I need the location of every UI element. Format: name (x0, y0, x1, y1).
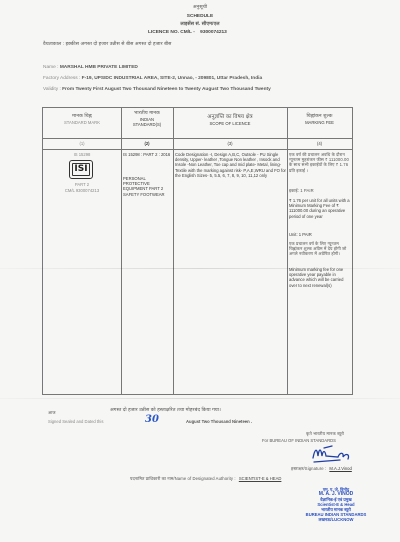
name-label: Name : (43, 65, 58, 70)
mark-part: PART 2 (43, 182, 121, 187)
authority-line: पदनामित प्राधिकारी का नाम/Name of Design… (130, 476, 281, 481)
col-num-4: (4) (287, 141, 352, 146)
validity-value: From Twenty First August Two Thousand Ni… (62, 87, 271, 92)
column-divider (287, 108, 288, 394)
column-divider (173, 108, 174, 394)
signature-icon (310, 444, 358, 466)
header-scope: अनुज्ञप्ति का विषय क्षेत्र SCOPE OF LICE… (173, 114, 287, 126)
official-stamp: एम. ए. जे. विनोद M. A. J. VINOD वैज्ञानि… (286, 487, 386, 522)
for-bis-hindi: कृते भारतीय मानक ब्यूरो (306, 431, 344, 436)
signed-hindi-prefix: आज (48, 410, 56, 415)
signed-month-year: August Two Thousand Nineteen . (186, 419, 252, 424)
licence-label: LICENCE NO. CM/L - (148, 30, 195, 35)
fee-english-note: Minimum marking fee for one operative ye… (289, 267, 351, 288)
fee-hindi: एक वर्ष की प्रचालन अवधि के दौरान न्यूनतम… (289, 152, 351, 173)
title-hindi: अनुसूची (0, 5, 400, 11)
fee-unit: Unit: 1 PAIR (289, 232, 351, 237)
isi-mark-icon: ISI (69, 160, 93, 179)
factory-value: F-19, UPSIDC INDUSTRIAL AREA, SITE-2, Un… (82, 76, 262, 81)
licence-hindi: लाइसेंस सं. सीएम/एल (0, 22, 400, 28)
name-value: MARSHAL HMB PRIVATE LIMITED (60, 65, 138, 70)
validity-label: Validity : (43, 87, 61, 92)
row-divider (43, 149, 352, 150)
title: SCHEDULE (0, 14, 400, 20)
factory-label: Factory Address : (43, 76, 80, 81)
fee-english: ₹ 1.76 per unit for all units with a Min… (289, 198, 351, 219)
validity-line: Validity : From Twenty First August Two … (43, 87, 271, 93)
col-num-2: (2) (121, 141, 173, 146)
standard-code: IS 15298 : PART 2 : 2016 (123, 152, 172, 157)
standard-title: PERSONAL PROTECTIVE EQUIPMENT PART 2 SAF… (123, 176, 173, 197)
validity-hindi: वैधताकाल : इक्कीस अगस्त दो हजार उन्नीस स… (43, 42, 172, 48)
row-divider (43, 138, 352, 139)
fee-hindi-unit: इकाई: 1 PAIR (289, 188, 351, 193)
factory-line: Factory Address : F-19, UPSIDC INDUSTRIA… (43, 76, 262, 82)
header-indian-standards: भारतीय मानक INDIAN STANDARD(S) (121, 111, 173, 127)
licence-number: 9300074213 (200, 30, 227, 35)
signed-label: Signed Sealed and Dated this (48, 419, 103, 424)
column-divider (121, 108, 122, 394)
mark-licence: CM/L 9300074213 (43, 188, 121, 193)
paper-fold (0, 398, 400, 399)
document-page: अनुसूची SCHEDULE लाइसेंस सं. सीएम/एल LIC… (0, 0, 400, 542)
signature-line: हस्ताक्षर/Signature : M.A.J.Vinod (291, 466, 352, 471)
fee-hindi-note: एक प्रचालन वर्ष के लिए न्यूनतम चिह्नांकन… (289, 241, 351, 257)
col-num-1: (1) (43, 141, 121, 146)
signed-day: 30 (145, 414, 159, 425)
licence-line: LICENCE NO. CM/L - 9300074213 (148, 30, 227, 36)
scope-of-licence: Code Designation -I, Design A,B,C, Outso… (175, 152, 286, 178)
for-bis: For BUREAU OF INDIAN STANDARDS (262, 438, 336, 443)
header-marking-fee: चिह्नांकन शुल्क MARKING FEE (287, 114, 352, 125)
signed-hindi: अगस्त दो हजार उन्नीस को हस्ताक्षरित तथा … (110, 408, 221, 414)
schedule-table: मानक चिह्न STANDARD MARK भारतीय मानक IND… (42, 107, 353, 395)
col-num-3: (3) (173, 141, 287, 146)
mark-standard: IS 15298 (43, 152, 121, 157)
header-standard-mark: मानक चिह्न STANDARD MARK (43, 114, 121, 125)
name-line: Name : MARSHAL HMB PRIVATE LIMITED (43, 65, 138, 71)
paper-fold (0, 268, 400, 269)
